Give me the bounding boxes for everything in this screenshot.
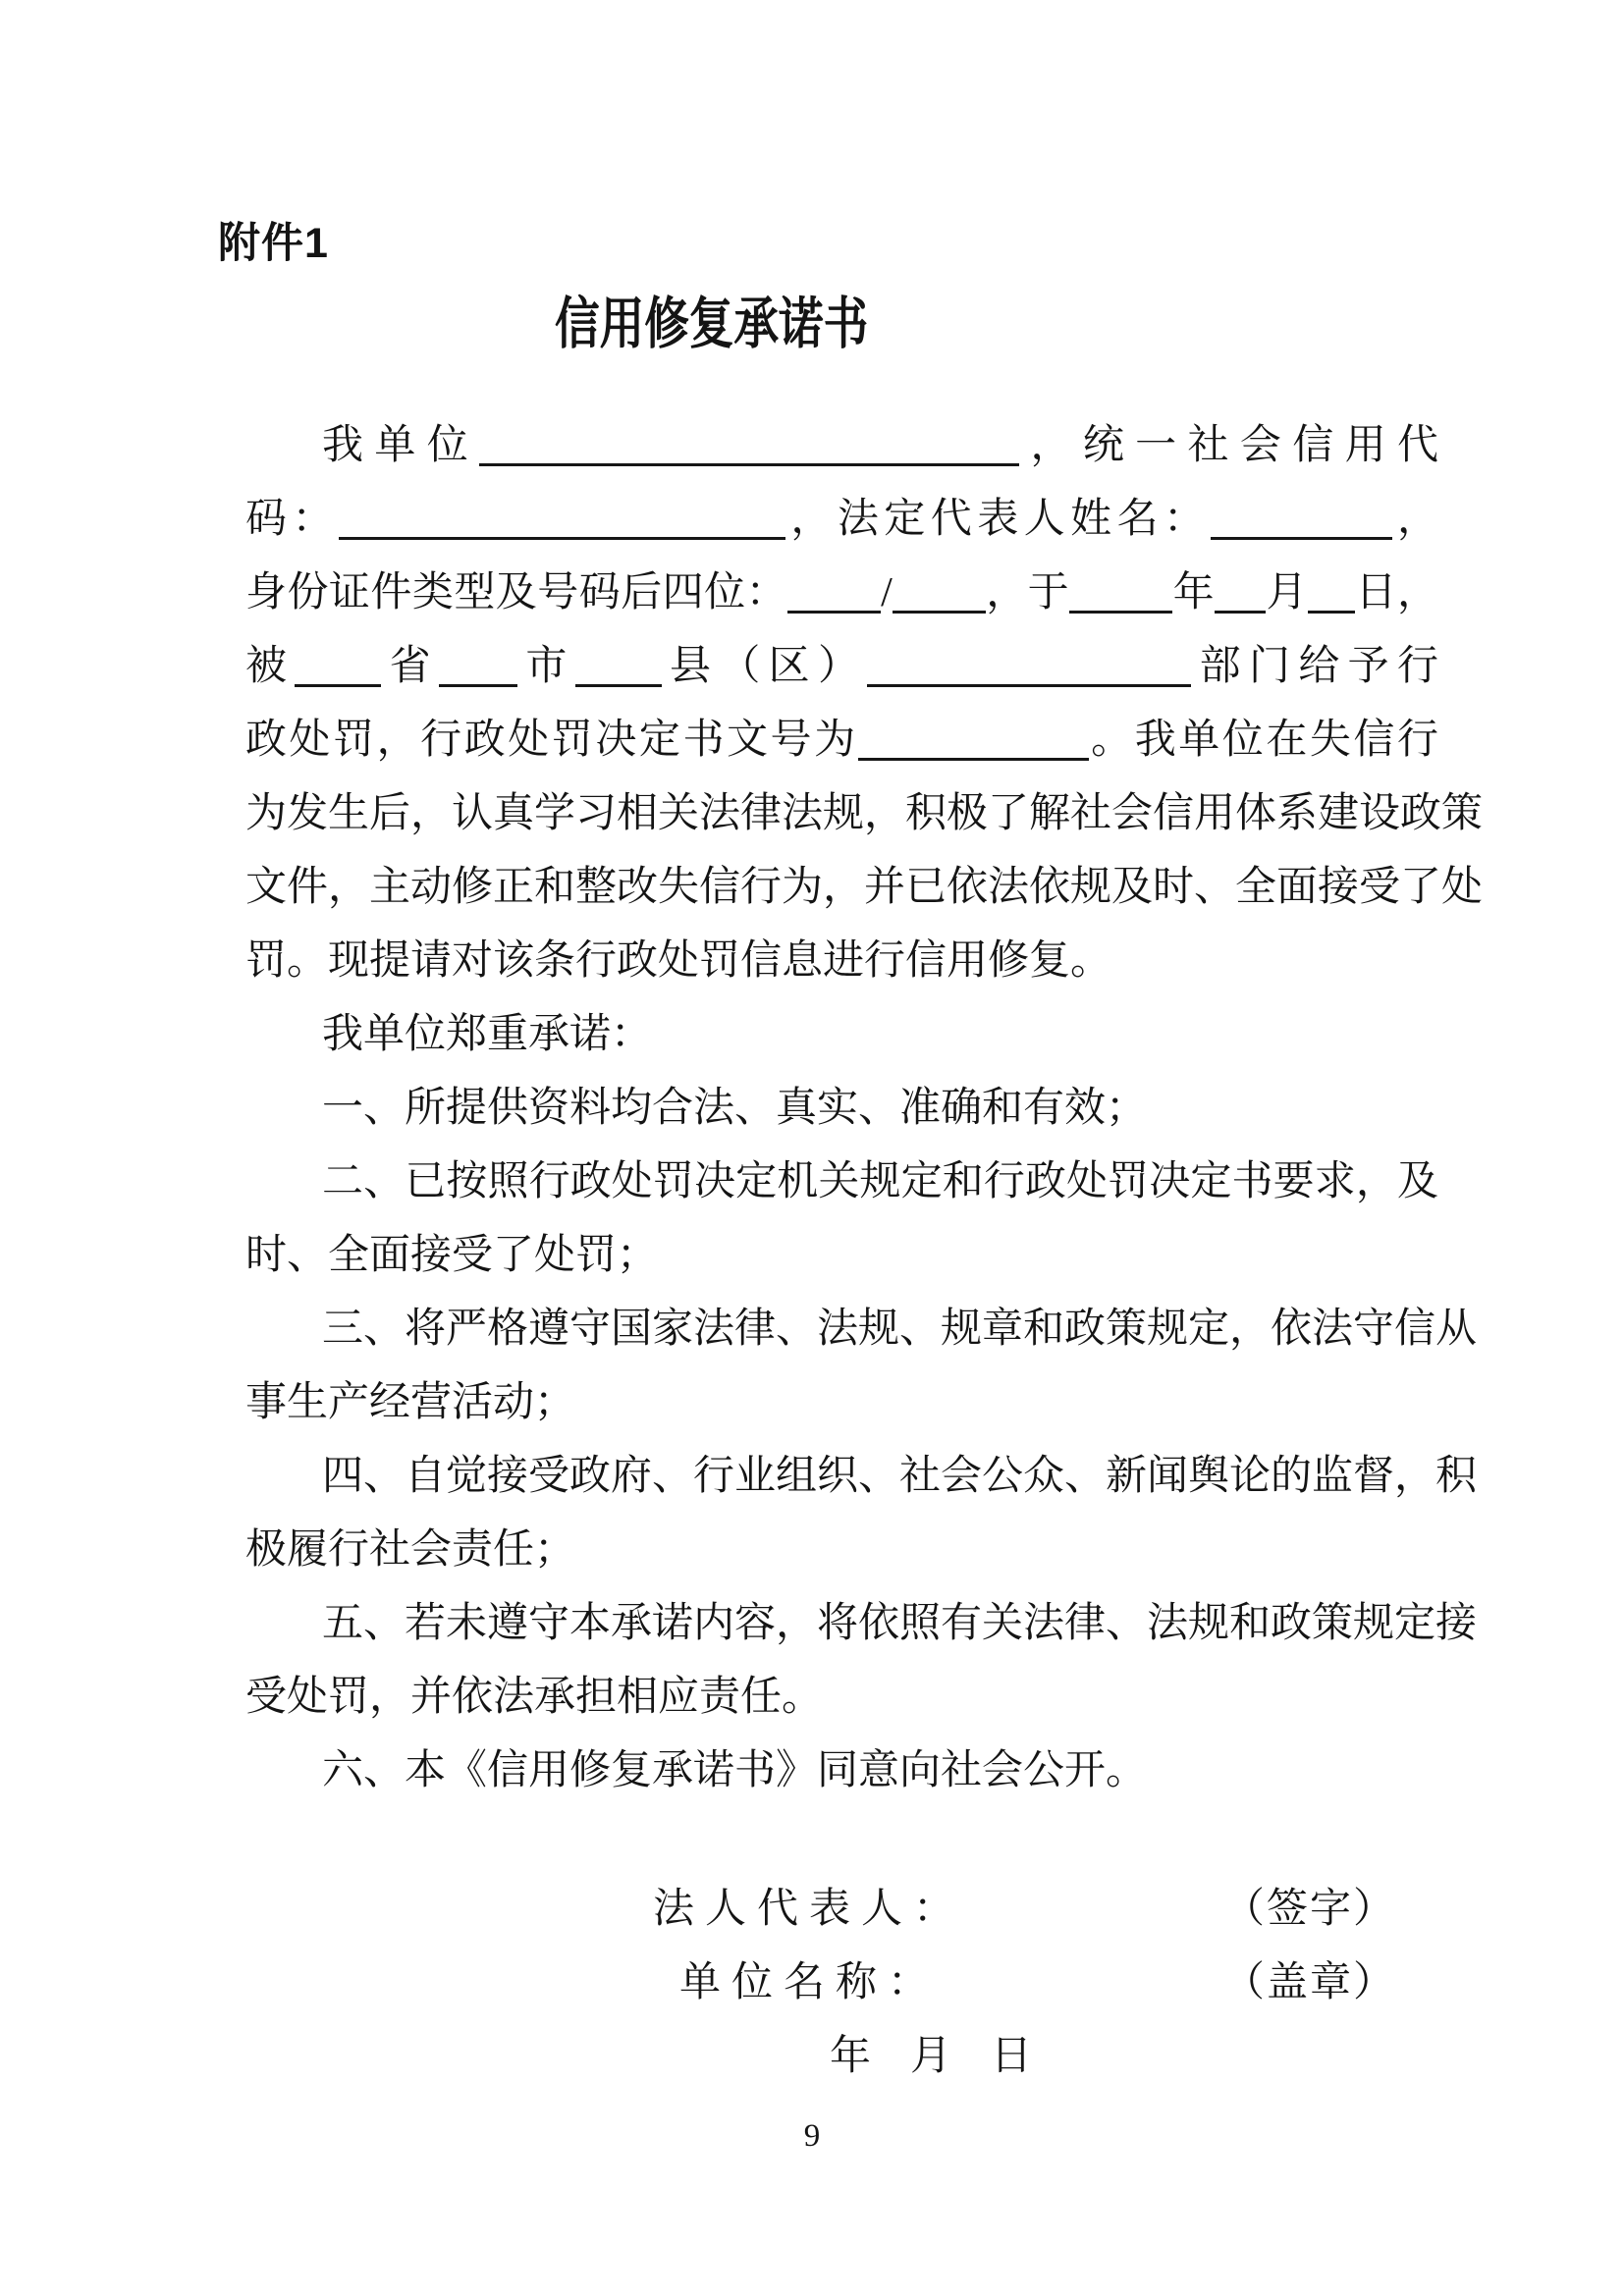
signature-note: （签字） <box>1223 1873 1396 1947</box>
signature-note: （盖章） <box>1223 1947 1396 2020</box>
page-number: 9 <box>0 2118 1624 2155</box>
signature-label: 法人代表人： <box>653 1873 965 1947</box>
text-run: 事生产经营活动； <box>245 1380 575 1425</box>
text-run: 为发生后，认真学习相关法律法规，积极了解社会信用体系建设政策 <box>245 791 1483 836</box>
text-run: 县（区） <box>662 644 868 689</box>
text-run: 文件，主动修正和整改失信行为，并已依法依规及时、全面接受了处 <box>245 865 1483 910</box>
text-run: 。我单位在失信行 <box>1089 718 1438 763</box>
text-run: 三、将严格遵守国家法律、法规、规章和政策规定，依法守信从 <box>322 1307 1477 1352</box>
body-line: 三、将严格遵守国家法律、法规、规章和政策规定，依法守信从 <box>245 1293 1438 1366</box>
fill-in-blank <box>1215 571 1266 614</box>
body-line: 一、所提供资料均合法、真实、准确和有效； <box>245 1072 1438 1146</box>
body-line: 时、全面接受了处罚； <box>245 1219 1438 1293</box>
document-page: 附件1 信用修复承诺书 我单位，统一社会信用代码：，法定代表人姓名：，身份证件类… <box>0 0 1624 2296</box>
text-run: 市 <box>517 644 575 689</box>
date-part: 日 <box>991 2034 1032 2079</box>
text-run: ， <box>1392 497 1438 542</box>
body-line: 我单位郑重承诺： <box>245 998 1438 1072</box>
text-run: 省 <box>381 644 439 689</box>
fill-in-blank <box>479 424 1019 466</box>
body-line: 文件，主动修正和整改失信行为，并已依法依规及时、全面接受了处 <box>245 851 1438 925</box>
text-run: 被 <box>245 644 295 689</box>
document-body: 我单位，统一社会信用代码：，法定代表人姓名：，身份证件类型及号码后四位：/，于年… <box>245 409 1438 1808</box>
body-line: 受处罚，并依法承担相应责任。 <box>245 1661 1438 1735</box>
text-run: 我单位 <box>322 423 479 468</box>
text-run: 年 <box>1172 570 1215 615</box>
body-line: 政处罚，行政处罚决定书文号为。我单位在失信行 <box>245 704 1438 777</box>
body-line: 身份证件类型及号码后四位：/，于年月日， <box>245 557 1438 630</box>
text-run: 六、本《信用修复承诺书》同意向社会公开。 <box>322 1748 1147 1793</box>
text-run: 一、所提供资料均合法、真实、准确和有效； <box>322 1086 1147 1131</box>
text-run: 日， <box>1355 570 1438 615</box>
text-run: 二、已按照行政处罚决定机关规定和行政处罚决定书要求，及 <box>322 1159 1438 1204</box>
body-line: 我单位，统一社会信用代 <box>245 409 1438 483</box>
signature-label: 单位名称： <box>679 1947 940 2020</box>
fill-in-blank <box>893 571 986 614</box>
body-line: 事生产经营活动； <box>245 1366 1438 1440</box>
body-line: 码：，法定代表人姓名：， <box>245 483 1438 557</box>
fill-in-blank <box>339 498 785 540</box>
body-line: 二、已按照行政处罚决定机关规定和行政处罚决定书要求，及 <box>245 1146 1438 1219</box>
text-run: 时、全面接受了处罚； <box>245 1233 658 1278</box>
text-run: / <box>881 570 893 615</box>
fill-in-blank <box>1308 571 1355 614</box>
signature-block: 法人代表人：（签字）单位名称：（盖章）年月日 <box>0 1873 1624 2020</box>
fill-in-blank <box>1069 571 1172 614</box>
text-run: 码： <box>245 497 339 542</box>
fill-in-blank <box>867 645 1191 687</box>
fill-in-blank <box>858 719 1089 761</box>
text-run: 身份证件类型及号码后四位： <box>245 570 787 615</box>
signature-row: 单位名称：（盖章） <box>0 1947 1624 2020</box>
fill-in-blank <box>295 645 381 687</box>
date-part: 月 <box>910 2034 951 2079</box>
fill-in-blank <box>1211 498 1392 540</box>
attachment-label: 附件1 <box>218 210 329 270</box>
text-run: ，于 <box>986 570 1069 615</box>
body-line: 被省市县（区）部门给予行 <box>245 630 1438 704</box>
text-run: 受处罚，并依法承担相应责任。 <box>245 1675 823 1720</box>
text-run: 月 <box>1266 570 1308 615</box>
date-part: 年 <box>830 2034 871 2079</box>
date-line: 年月日 <box>830 2020 1032 2094</box>
text-run: ，法定代表人姓名： <box>785 497 1211 542</box>
text-run: 五、若未遵守本承诺内容，将依照有关法律、法规和政策规定接 <box>322 1601 1477 1646</box>
text-run: 四、自觉接受政府、行业组织、社会公众、新闻舆论的监督，积 <box>322 1454 1477 1499</box>
document-title: 信用修复承诺书 <box>555 279 868 359</box>
signature-row: 法人代表人：（签字） <box>0 1873 1624 1947</box>
fill-in-blank <box>575 645 662 687</box>
body-line: 极履行社会责任； <box>245 1514 1438 1587</box>
text-run: ，统一社会信用代 <box>1019 423 1438 468</box>
body-line: 五、若未遵守本承诺内容，将依照有关法律、法规和政策规定接 <box>245 1587 1438 1661</box>
body-line: 六、本《信用修复承诺书》同意向社会公开。 <box>245 1735 1438 1808</box>
fill-in-blank <box>787 571 881 614</box>
body-line: 四、自觉接受政府、行业组织、社会公众、新闻舆论的监督，积 <box>245 1440 1438 1514</box>
body-line: 为发生后，认真学习相关法律法规，积极了解社会信用体系建设政策 <box>245 777 1438 851</box>
body-line: 罚。现提请对该条行政处罚信息进行信用修复。 <box>245 925 1438 998</box>
text-run: 极履行社会责任； <box>245 1527 575 1573</box>
text-run: 政处罚，行政处罚决定书文号为 <box>245 718 858 763</box>
text-run: 罚。现提请对该条行政处罚信息进行信用修复。 <box>245 938 1111 984</box>
text-run: 我单位郑重承诺： <box>322 1012 652 1057</box>
fill-in-blank <box>439 645 517 687</box>
text-run: 部门给予行 <box>1191 644 1438 689</box>
